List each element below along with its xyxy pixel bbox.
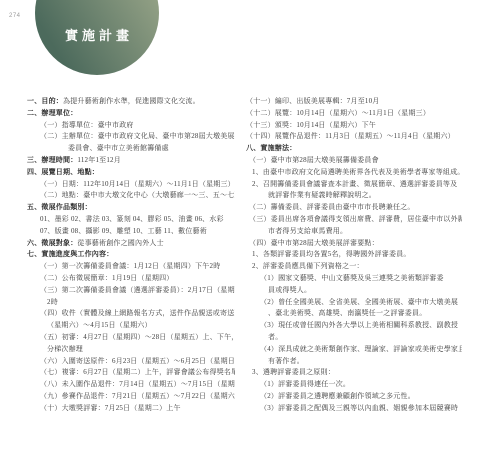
text-line: （十一）編印、出版美展專輯：7月至10月 (246, 96, 462, 108)
text-line: （1）國家文藝獎、中山文藝獎及吳三連獎之美術類評審委 (246, 273, 462, 285)
page-number: 274 (9, 13, 21, 19)
text-line: 四、展覽日期、地點： (27, 167, 235, 179)
text-line: （二）籌備委員、評審委員由臺中市市長聘兼任之。 (246, 202, 462, 214)
text-line: （十）大墩獎評審：7月25日（星期二）上午 (27, 403, 235, 415)
text-line: （一）臺中市第28屆大墩美展籌備委員會 (246, 155, 462, 167)
text-line: 三、辦理時間：112年1至12月 (27, 155, 235, 167)
text-line: 七、實施進度與工作內容： (27, 249, 235, 261)
text-line: 二、辦理單位： (27, 108, 235, 120)
text-line: （三）委員出席各項會議得支領出席費、評審費，居住臺中市以外縣 (246, 214, 462, 226)
text-line: 委員會、臺中市立美術館籌備處 (27, 143, 235, 155)
text-line: （三）第二次籌備委員會議（遴選評審委員）：2月17日（星期五）下午 (27, 285, 235, 297)
text-line: 員或得獎人。 (246, 285, 462, 297)
right-column: （十一）編印、出版美展專輯：7月至10月（十二）展覽：10月14日（星期六）～1… (246, 96, 462, 415)
text-line: （2）曾任全國美展、全省美展、全國美術展、臺中市大墩美展 (246, 297, 462, 309)
text-line: 八、實施辦法： (246, 143, 462, 155)
text-line: 01、墨彩 02、書法 03、篆刻 04、膠彩 05、油畫 06、水彩 (27, 214, 235, 226)
chapter-title: 實施計畫 (35, 25, 159, 44)
text-line: 就評審作業有疑義時解釋說明之。 (246, 190, 462, 202)
text-line: 五、徵展作品類別： (27, 202, 235, 214)
text-line: （五）初審：4月27日（星期四）～28日（星期五）上、下午，各類別 (27, 332, 235, 344)
left-column: 一、目的：為提升藝術創作水準，促進國際文化交流。二、辦理單位：（一）指導單位：臺… (27, 96, 235, 415)
text-line: 六、徵展對象：從事藝術創作之國內外人士 (27, 238, 235, 250)
text-line: （四）收件（實體及線上網路報名方式，送件作品親送或寄送）：4月1日 (27, 308, 235, 320)
text-line: （四）臺中市第28屆大墩美展評審要點： (246, 238, 462, 250)
text-line: （星期六）～4月15日（星期六） (27, 320, 235, 332)
text-line: 一、目的：為提升藝術創作水準，促進國際文化交流。 (27, 96, 235, 108)
text-line: （一）日期：112年10月14日（星期六）～11月1日（星期三） (27, 179, 235, 191)
text-line: 、臺北美術獎、高雄獎、南瀛獎任一之評審委員。 (246, 308, 462, 320)
text-line: （十四）展覽作品退件：11月3日（星期五）～11月4日（星期六） (246, 131, 462, 143)
text-line: （十三）頒獎：10月14日（星期六）下午 (246, 120, 462, 132)
text-line: （1）評審委員得連任一次。 (246, 379, 462, 391)
chapter-circle: 實施計畫 (35, 0, 159, 75)
text-line: 有著作者。 (246, 356, 462, 368)
text-line: （3）現任或曾任國內外各大學以上美術相關科系教授、副教授 (246, 320, 462, 332)
text-line: 分梯次辦理 (27, 344, 235, 356)
text-line: 市者得另支給車馬費用。 (246, 226, 462, 238)
text-line: （3）評審委員之配偶及三親等以內血親、姻親參加本屆競賽時 (246, 403, 462, 415)
document-page: 實施計畫 274 一、目的：為提升藝術創作水準，促進國際文化交流。二、辦理單位：… (0, 0, 480, 461)
text-line: 2、評審委員應具備下列資格之一： (246, 261, 462, 273)
text-line: （九）參賽作品退件：7月21日（星期五）～7月22日（星期六） (27, 391, 235, 403)
text-line: 2、召開籌備委員會議審查本計畫、徵展簡章、遴選評審委員等及 (246, 179, 462, 191)
text-line: （六）入圍寄送原件：6月23日（星期五）～6月25日（星期日） (27, 356, 235, 368)
text-line: （二）公布徵展簡章：1月19日（星期四） (27, 273, 235, 285)
text-line: 1、各類評審委員均各置5名，得聘國外評審委員。 (246, 249, 462, 261)
text-line: （八）未入圍作品退件：7月14日（星期五）～7月15日（星期六） (27, 379, 235, 391)
text-line: 2時 (27, 297, 235, 309)
text-line: 07、版畫 08、攝影 09、雕塑 10、工藝 11、數位藝術 (27, 226, 235, 238)
text-line: 者。 (246, 332, 462, 344)
text-line: 3、遴聘評審委員之原則： (246, 367, 462, 379)
text-line: （一）指導單位：臺中市政府 (27, 120, 235, 132)
text-line: （十二）展覽：10月14日（星期六）～11月1日（星期三） (246, 108, 462, 120)
text-line: （2）評審委員之遴聘應兼顧創作領域之多元性。 (246, 391, 462, 403)
text-line: （七）複審：6月27日（星期二）上午，評審會議公布得獎名單 (27, 367, 235, 379)
text-line: （一）第一次籌備委員會議：1月12日（星期四）下午2時 (27, 261, 235, 273)
text-line: （4）深具成就之美術類創作家、理論家、評論家或美術史學家且 (246, 344, 462, 356)
text-line: （二）地點：臺中市大墩文化中心（大墩藝廊一～三、五～七） (27, 190, 235, 202)
text-line: （二）主辦單位：臺中市政府文化局、臺中市第28屆大墩美展籌備 (27, 131, 235, 143)
text-line: 1、由臺中市政府文化局遴聘美術界各代表及美術學者專家等組成。 (246, 167, 462, 179)
